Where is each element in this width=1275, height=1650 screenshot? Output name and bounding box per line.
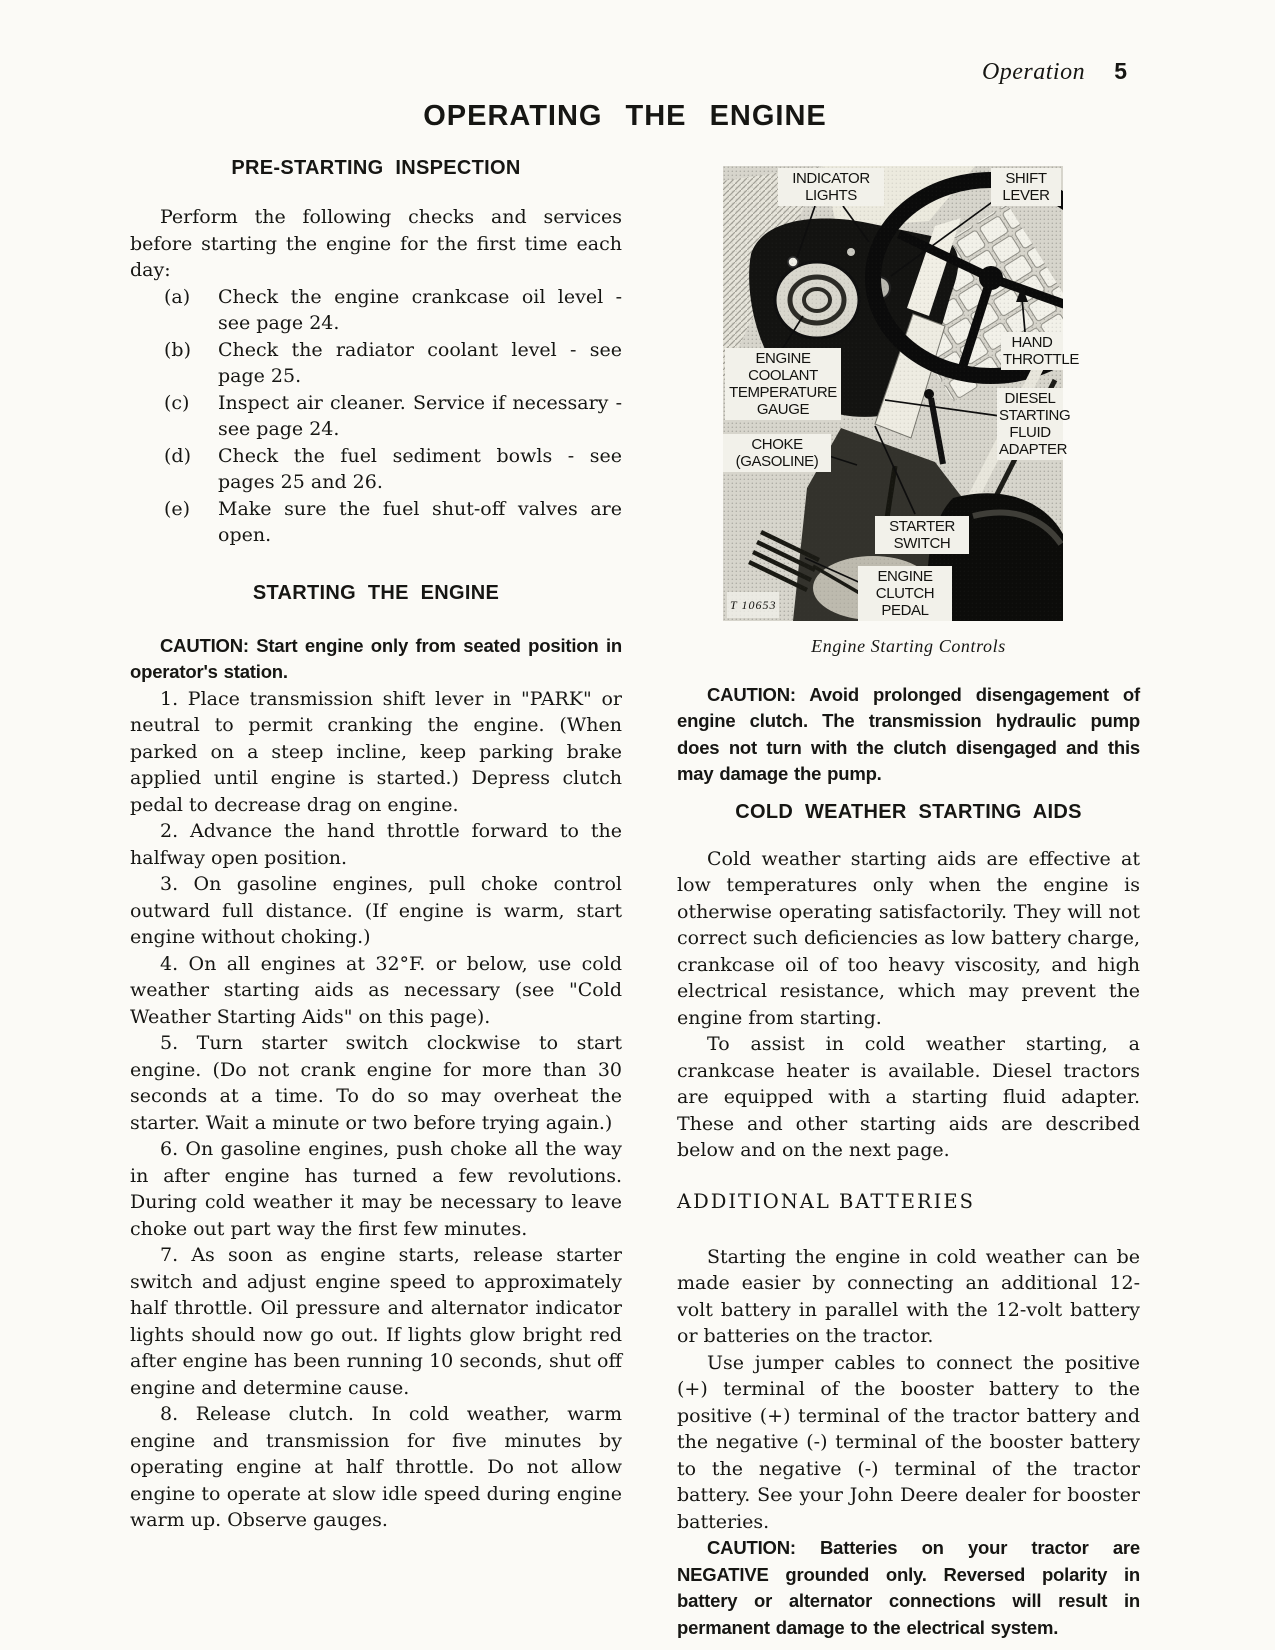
step-6: 6. On gasoline engines, push choke all t… — [130, 1136, 622, 1242]
paragraph-jumper-cables: Use jumper cables to connect the positiv… — [677, 1350, 1140, 1536]
step-4: 4. On all engines at 32°F. or below, use… — [130, 951, 622, 1031]
step-8: 8. Release clutch. In cold weather, warm… — [130, 1401, 622, 1534]
photo-label-clutch-pedal: ENGINE CLUTCH PEDAL — [858, 566, 952, 621]
left-column: PRE-STARTING INSPECTION Perform the foll… — [130, 156, 622, 1534]
section-heading-pre-starting-inspection: PRE-STARTING INSPECTION — [130, 156, 622, 180]
section-name: Operation — [982, 59, 1085, 85]
checklist-marker: (d) — [164, 443, 191, 470]
page-title: OPERATING THE ENGINE — [0, 100, 1250, 133]
checklist-text: Check the engine crankcase oil level - s… — [218, 286, 622, 335]
checklist-text: Inspect air cleaner. Service if necessar… — [218, 392, 622, 441]
section-heading-starting-the-engine: STARTING THE ENGINE — [130, 581, 622, 605]
paragraph-batteries: Starting the engine in cold weather can … — [677, 1244, 1140, 1350]
checklist-marker: (c) — [164, 390, 189, 417]
caution-negative-ground: CAUTION: Batteries on your tractor are N… — [677, 1535, 1140, 1641]
step-1: 1. Place transmission shift lever in "PA… — [130, 686, 622, 819]
figure-engine-starting-controls: INDICATOR LIGHTS SHIFT LEVER ENGINE COOL… — [677, 166, 1140, 660]
checklist-item-e: (e) Make sure the fuel shut-off valves a… — [130, 496, 622, 549]
photo-label-hand-throttle: HAND THROTTLE — [1001, 332, 1063, 370]
step-7: 7. As soon as engine starts, release sta… — [130, 1242, 622, 1401]
photo-label-starter-switch: STARTER SWITCH — [875, 516, 969, 554]
intro-paragraph: Perform the following checks and service… — [130, 204, 622, 284]
photo-label-coolant-gauge: ENGINE COOLANT TEMPERATURE GAUGE — [725, 348, 841, 420]
step-5: 5. Turn starter switch clockwise to star… — [130, 1030, 622, 1136]
section-heading-cold-weather-starting-aids: COLD WEATHER STARTING AIDS — [677, 800, 1140, 824]
caution-clutch-disengagement: CAUTION: Avoid prolonged disengagement o… — [677, 682, 1140, 788]
photo-label-indicator-lights: INDICATOR LIGHTS — [778, 168, 884, 206]
caution-seated-position: CAUTION: Start engine only from seated p… — [130, 633, 622, 686]
checklist-item-a: (a) Check the engine crankcase oil level… — [130, 284, 622, 337]
photo-code: T 10653 — [727, 592, 779, 619]
step-3: 3. On gasoline engines, pull choke contr… — [130, 871, 622, 951]
paragraph-cold-weather-2: To assist in cold weather starting, a cr… — [677, 1031, 1140, 1164]
checklist-item-b: (b) Check the radiator coolant level - s… — [130, 337, 622, 390]
pre-start-checklist: (a) Check the engine crankcase oil level… — [130, 284, 622, 549]
photo-label-shift-lever: SHIFT LEVER — [991, 168, 1061, 206]
photo-label-choke-gasoline: CHOKE (GASOLINE) — [723, 434, 831, 472]
checklist-marker: (e) — [164, 496, 190, 523]
right-column: INDICATOR LIGHTS SHIFT LEVER ENGINE COOL… — [677, 166, 1140, 1641]
checklist-text: Make sure the fuel shut-off valves are o… — [218, 498, 622, 547]
subsection-heading-additional-batteries: ADDITIONAL BATTERIES — [677, 1190, 1140, 1214]
step-2: 2. Advance the hand throttle forward to … — [130, 818, 622, 871]
checklist-item-d: (d) Check the fuel sediment bowls - see … — [130, 443, 622, 496]
figure-caption: Engine Starting Controls — [677, 633, 1140, 660]
checklist-text: Check the radiator coolant level - see p… — [218, 339, 622, 388]
photo-illustration: INDICATOR LIGHTS SHIFT LEVER ENGINE COOL… — [723, 166, 1063, 621]
photo-label-diesel-adapter: DIESEL STARTING FLUID ADAPTER — [997, 388, 1063, 460]
page-number: 5 — [1114, 58, 1127, 84]
checklist-item-c: (c) Inspect air cleaner. Service if nece… — [130, 390, 622, 443]
paragraph-cold-weather-1: Cold weather starting aids are effective… — [677, 846, 1140, 1032]
checklist-marker: (b) — [164, 337, 191, 364]
checklist-text: Check the fuel sediment bowls - see page… — [218, 445, 622, 494]
running-header: Operation 5 — [982, 58, 1127, 86]
manual-page: Operation 5 OPERATING THE ENGINE PRE-STA… — [0, 0, 1275, 1650]
checklist-marker: (a) — [164, 284, 190, 311]
